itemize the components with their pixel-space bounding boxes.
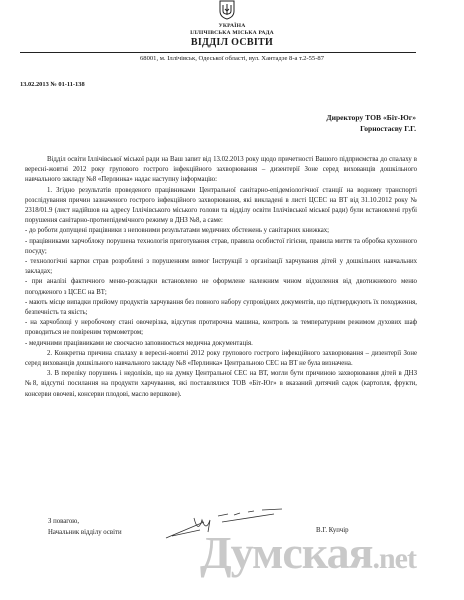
closing-regards: З повагою, bbox=[48, 517, 122, 528]
recipient-title: Директору ТОВ «Біт-Юг» bbox=[326, 112, 416, 123]
letter-body: Відділ освіти Іллічівської міської ради … bbox=[25, 155, 417, 400]
violation-item: - медичними працівниками не своєчасно за… bbox=[25, 339, 417, 349]
letterhead-address: 68001, м. Іллічівськ, Одеської області, … bbox=[0, 55, 464, 62]
violation-item: - при аналізі фактичного меню-розкладки … bbox=[25, 277, 417, 297]
letterhead-divider bbox=[20, 52, 416, 53]
letterhead-council: ІЛЛІЧІВСЬКА МІСЬКА РАДА bbox=[0, 30, 464, 36]
violation-item: - технологічні картки страв розроблені з… bbox=[25, 257, 417, 277]
letterhead-department: ВІДДІЛ ОСВІТИ bbox=[0, 37, 464, 48]
violation-item: - працівниками харчоблоку порушена техно… bbox=[25, 237, 417, 257]
violation-item: - на харчоблоці у неробочому стані овоче… bbox=[25, 318, 417, 338]
intro-paragraph: Відділ освіти Іллічівської міської ради … bbox=[25, 155, 417, 186]
handwritten-signature-icon bbox=[164, 508, 294, 544]
letter-page: УКРАЇНА ІЛЛІЧІВСЬКА МІСЬКА РАДА ВІДДІЛ О… bbox=[0, 0, 464, 600]
point-1-paragraph: 1. Згідно результатів проведеного праців… bbox=[25, 186, 417, 227]
point-2-paragraph: 2. Конкретна причина спалаху в вересні-ж… bbox=[25, 349, 417, 369]
violation-item: - мають місце випадки прийому продуктів … bbox=[25, 298, 417, 318]
recipient-block: Директору ТОВ «Біт-Юг» Горностаєву Г.Г. bbox=[326, 112, 416, 134]
signer-position: Начальник відділу освіти bbox=[48, 528, 122, 539]
violation-item: - до роботи допущені працівники з неповн… bbox=[25, 226, 417, 236]
document-date-number: 13.02.2013 № 01-11-138 bbox=[20, 81, 85, 88]
closing-block: З повагою, Начальник відділу освіти bbox=[48, 517, 122, 538]
signer-name: В.Г. Купчір bbox=[316, 527, 349, 534]
recipient-name: Горностаєву Г.Г. bbox=[326, 123, 416, 134]
trident-coat-of-arms-icon bbox=[217, 0, 237, 20]
point-3-paragraph: 3. В переліку порушень і недоліків, що н… bbox=[25, 369, 417, 400]
watermark-suffix: .net bbox=[373, 542, 417, 575]
letterhead-country: УКРАЇНА bbox=[0, 23, 464, 29]
